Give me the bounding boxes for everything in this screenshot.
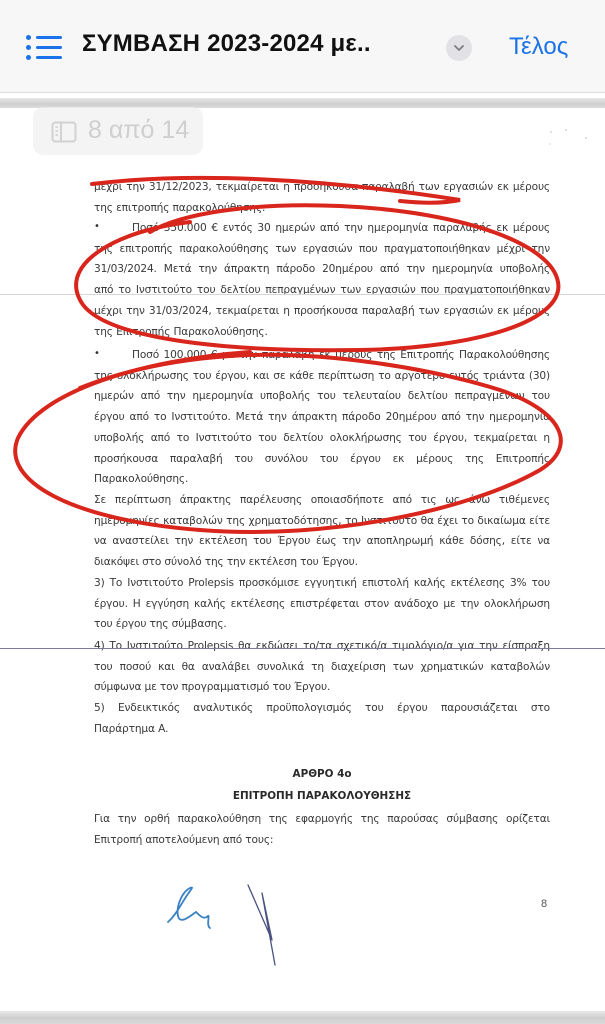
text-line: Ποσό 350.000 € εντός 30 ημερών από την η…	[94, 218, 550, 239]
paragraph-prev-installment: μέχρι την 31/12/2023, τεκμαίρεται η προσ…	[94, 177, 550, 218]
bullet-100000: Ποσό 100.000 € με την παραλαβή εκ μέρους…	[94, 345, 550, 490]
text-line: ημερών από την ημερομηνία υποβολής του τ…	[94, 386, 550, 407]
text-line: από το Ινστιτούτο του δελτίου πεπραγμένω…	[94, 280, 550, 301]
text-line: Παρακολούθησης.	[94, 469, 550, 490]
page-separator-bottom	[0, 1011, 605, 1024]
chevron-down-icon	[453, 43, 465, 53]
text-line: Σε περίπτωση άπρακτης παρέλευσης οποιασδ…	[94, 490, 550, 511]
text-line: Παράρτημα Α.	[94, 719, 550, 740]
article-subtitle: ΕΠΙΤΡΟΠΗ ΠΑΡΑΚΟΛΟΥΘΗΣΗΣ	[94, 790, 550, 802]
page-number: 8	[541, 898, 547, 910]
text-line: ημερομηνίες καταβολών της χρηματοδότησης…	[94, 511, 550, 532]
document-title[interactable]: ΣΥΜΒΑΣΗ 2023-2024 με...	[82, 30, 372, 58]
text-line: 5) Ενδεικτικός αναλυτικός προϋπολογισμός…	[94, 698, 550, 719]
bullet-350000: Ποσό 350.000 € εντός 30 ημερών από την η…	[94, 218, 550, 342]
scan-line	[0, 648, 605, 649]
navigation-bar: ΣΥΜΒΑΣΗ 2023-2024 με... Τέλος	[0, 0, 605, 93]
text-line: 3) Το Ινστιτούτο Prolepsis προσκόμισε εγ…	[94, 573, 550, 594]
page-indicator-label: 8 από 14	[88, 116, 189, 145]
text-line: μέχρι την 31/03/2024, τεκμαίρεται η προσ…	[94, 301, 550, 322]
sidebar-icon	[51, 121, 77, 143]
done-button[interactable]: Τέλος	[509, 33, 568, 61]
text-line: της ολοκλήρωσης του έργου, και σε κάθε π…	[94, 366, 550, 387]
text-line: Επιτροπή αποτελούμενη από τους:	[94, 830, 550, 851]
text-line: να αναστείλει την εκτέλεση του Έργου έως…	[94, 531, 550, 552]
text-line: του ποσού και θα αναλάβει συνολικά τη δι…	[94, 657, 550, 678]
text-line: προσήκουσα παραλαβή του συνόλου του έργο…	[94, 449, 550, 470]
page-indicator[interactable]: 8 από 14	[33, 107, 203, 155]
text-line: μέχρι την 31/12/2023, τεκμαίρεται η προσ…	[94, 177, 550, 198]
text-line: διακόψει στο σύνολό της την εκτέλεση του…	[94, 552, 550, 573]
text-line: του έργου της σύμβασης.	[94, 614, 550, 635]
table-of-contents-button[interactable]	[26, 34, 62, 60]
text-line: υποβολής από το Ινστιτούτο του δελτίου ο…	[94, 428, 550, 449]
article-title: ΑΡΘΡΟ 4ο	[94, 768, 550, 780]
scan-line	[0, 294, 605, 295]
text-line: 31/03/2024. Μετά την άπρακτη πάροδο 20ημ…	[94, 259, 550, 280]
text-line: της Επιτροπής Παρακολούθησης.	[94, 322, 550, 343]
text-line: έργου από το Ινστιτούτο. Μετά την άπρακτ…	[94, 407, 550, 428]
text-line: Για την ορθή παρακολούθηση της εφαρμογής…	[94, 809, 550, 830]
text-line: 4) Το Ινστιτούτο Prolepsis θα εκδώσει το…	[94, 636, 550, 657]
text-line: σύμφωνα με τον προγραμματισμό του Έργου.	[94, 677, 550, 698]
text-line: Ποσό 100.000 € με την παραλαβή εκ μέρους…	[94, 345, 550, 366]
item-5-budget: 5) Ενδεικτικός αναλυτικός προϋπολογισμός…	[94, 698, 550, 739]
item-4-invoice: 4) Το Ινστιτούτο Prolepsis θα εκδώσει το…	[94, 636, 550, 698]
text-line: έργου. Η εγγύηση καλής εκτέλεσης επιστρέ…	[94, 594, 550, 615]
paragraph-payment-delay: Σε περίπτωση άπρακτης παρέλευσης οποιασδ…	[94, 490, 550, 573]
paragraph-committee: Για την ορθή παρακολούθηση της εφαρμογής…	[94, 809, 550, 850]
title-menu-button[interactable]	[446, 35, 472, 61]
text-line: της επιτροπής παρακολούθησης.	[94, 198, 550, 219]
text-line: της επιτροπής παρακολούθησης των εργασιώ…	[94, 239, 550, 260]
item-3-guarantee: 3) Το Ινστιτούτο Prolepsis προσκόμισε εγ…	[94, 573, 550, 635]
